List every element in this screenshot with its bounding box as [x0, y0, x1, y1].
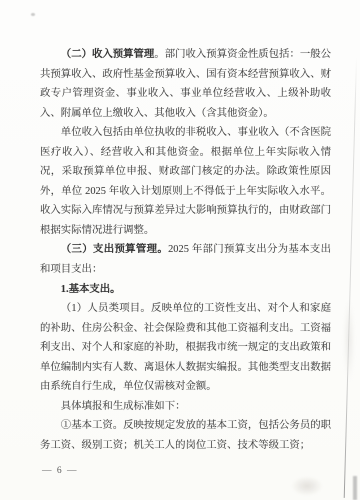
scan-smudge-bottom [291, 476, 323, 496]
document-body: （二）收入预算管理。部门收入预算资金性质包括：一般公共预算收入、政府性基金预算收… [40, 45, 331, 455]
paragraph-personnel-items: （1）人员类项目。反映单位的工资性支出、对个人和家庭的补助、住房公积金、社会保险… [40, 299, 331, 397]
document-page: （二）收入预算管理。部门收入预算资金性质包括：一般公共预算收入、政府性基金预算收… [0, 0, 360, 500]
paragraph-text: 具体填报和生成标准如下： [61, 401, 186, 412]
paragraph-filling-standards-intro: 具体填报和生成标准如下： [40, 397, 331, 417]
paragraph-expenditure-budget-management: （三）支出预算管理。2025 年部门预算支出分为基本支出和项目支出： [40, 240, 331, 279]
paragraph-text: ①基本工资。反映按规定发放的基本工资，包括公务员的职务工资、级别工资；机关工人的… [40, 420, 331, 451]
paragraph-lead: （三）支出预算管理。 [61, 244, 168, 255]
paragraph-text: （1）人员类项目。反映单位的工资性支出、对个人和家庭的补助、住房公积金、社会保险… [40, 303, 331, 392]
paragraph-income-budget-management: （二）收入预算管理。部门收入预算资金性质包括：一般公共预算收入、政府性基金预算收… [40, 45, 331, 123]
scan-edge-line-artifact [344, 58, 357, 498]
scan-smudge-right [344, 300, 354, 380]
paragraph-lead: （二）收入预算管理 [61, 49, 155, 60]
paragraph-lead: 1.基本支出。 [61, 284, 121, 295]
scan-speck [31, 13, 35, 16]
paragraph-basic-salary: ①基本工资。反映按规定发放的基本工资，包括公务员的职务工资、级别工资；机关工人的… [40, 416, 331, 455]
paragraph-basic-expenditure-heading: 1.基本支出。 [40, 280, 331, 300]
page-number: — 6 — [42, 466, 78, 476]
paragraph-unit-income-detail: 单位收入包括由单位执收的非税收入、事业收入（不含医院医疗收入）、经营收入和其他资… [40, 123, 331, 240]
scan-corner-artifact [353, 476, 357, 500]
paragraph-text: 单位收入包括由单位执收的非税收入、事业收入（不含医院医疗收入）、经营收入和其他资… [40, 127, 331, 236]
